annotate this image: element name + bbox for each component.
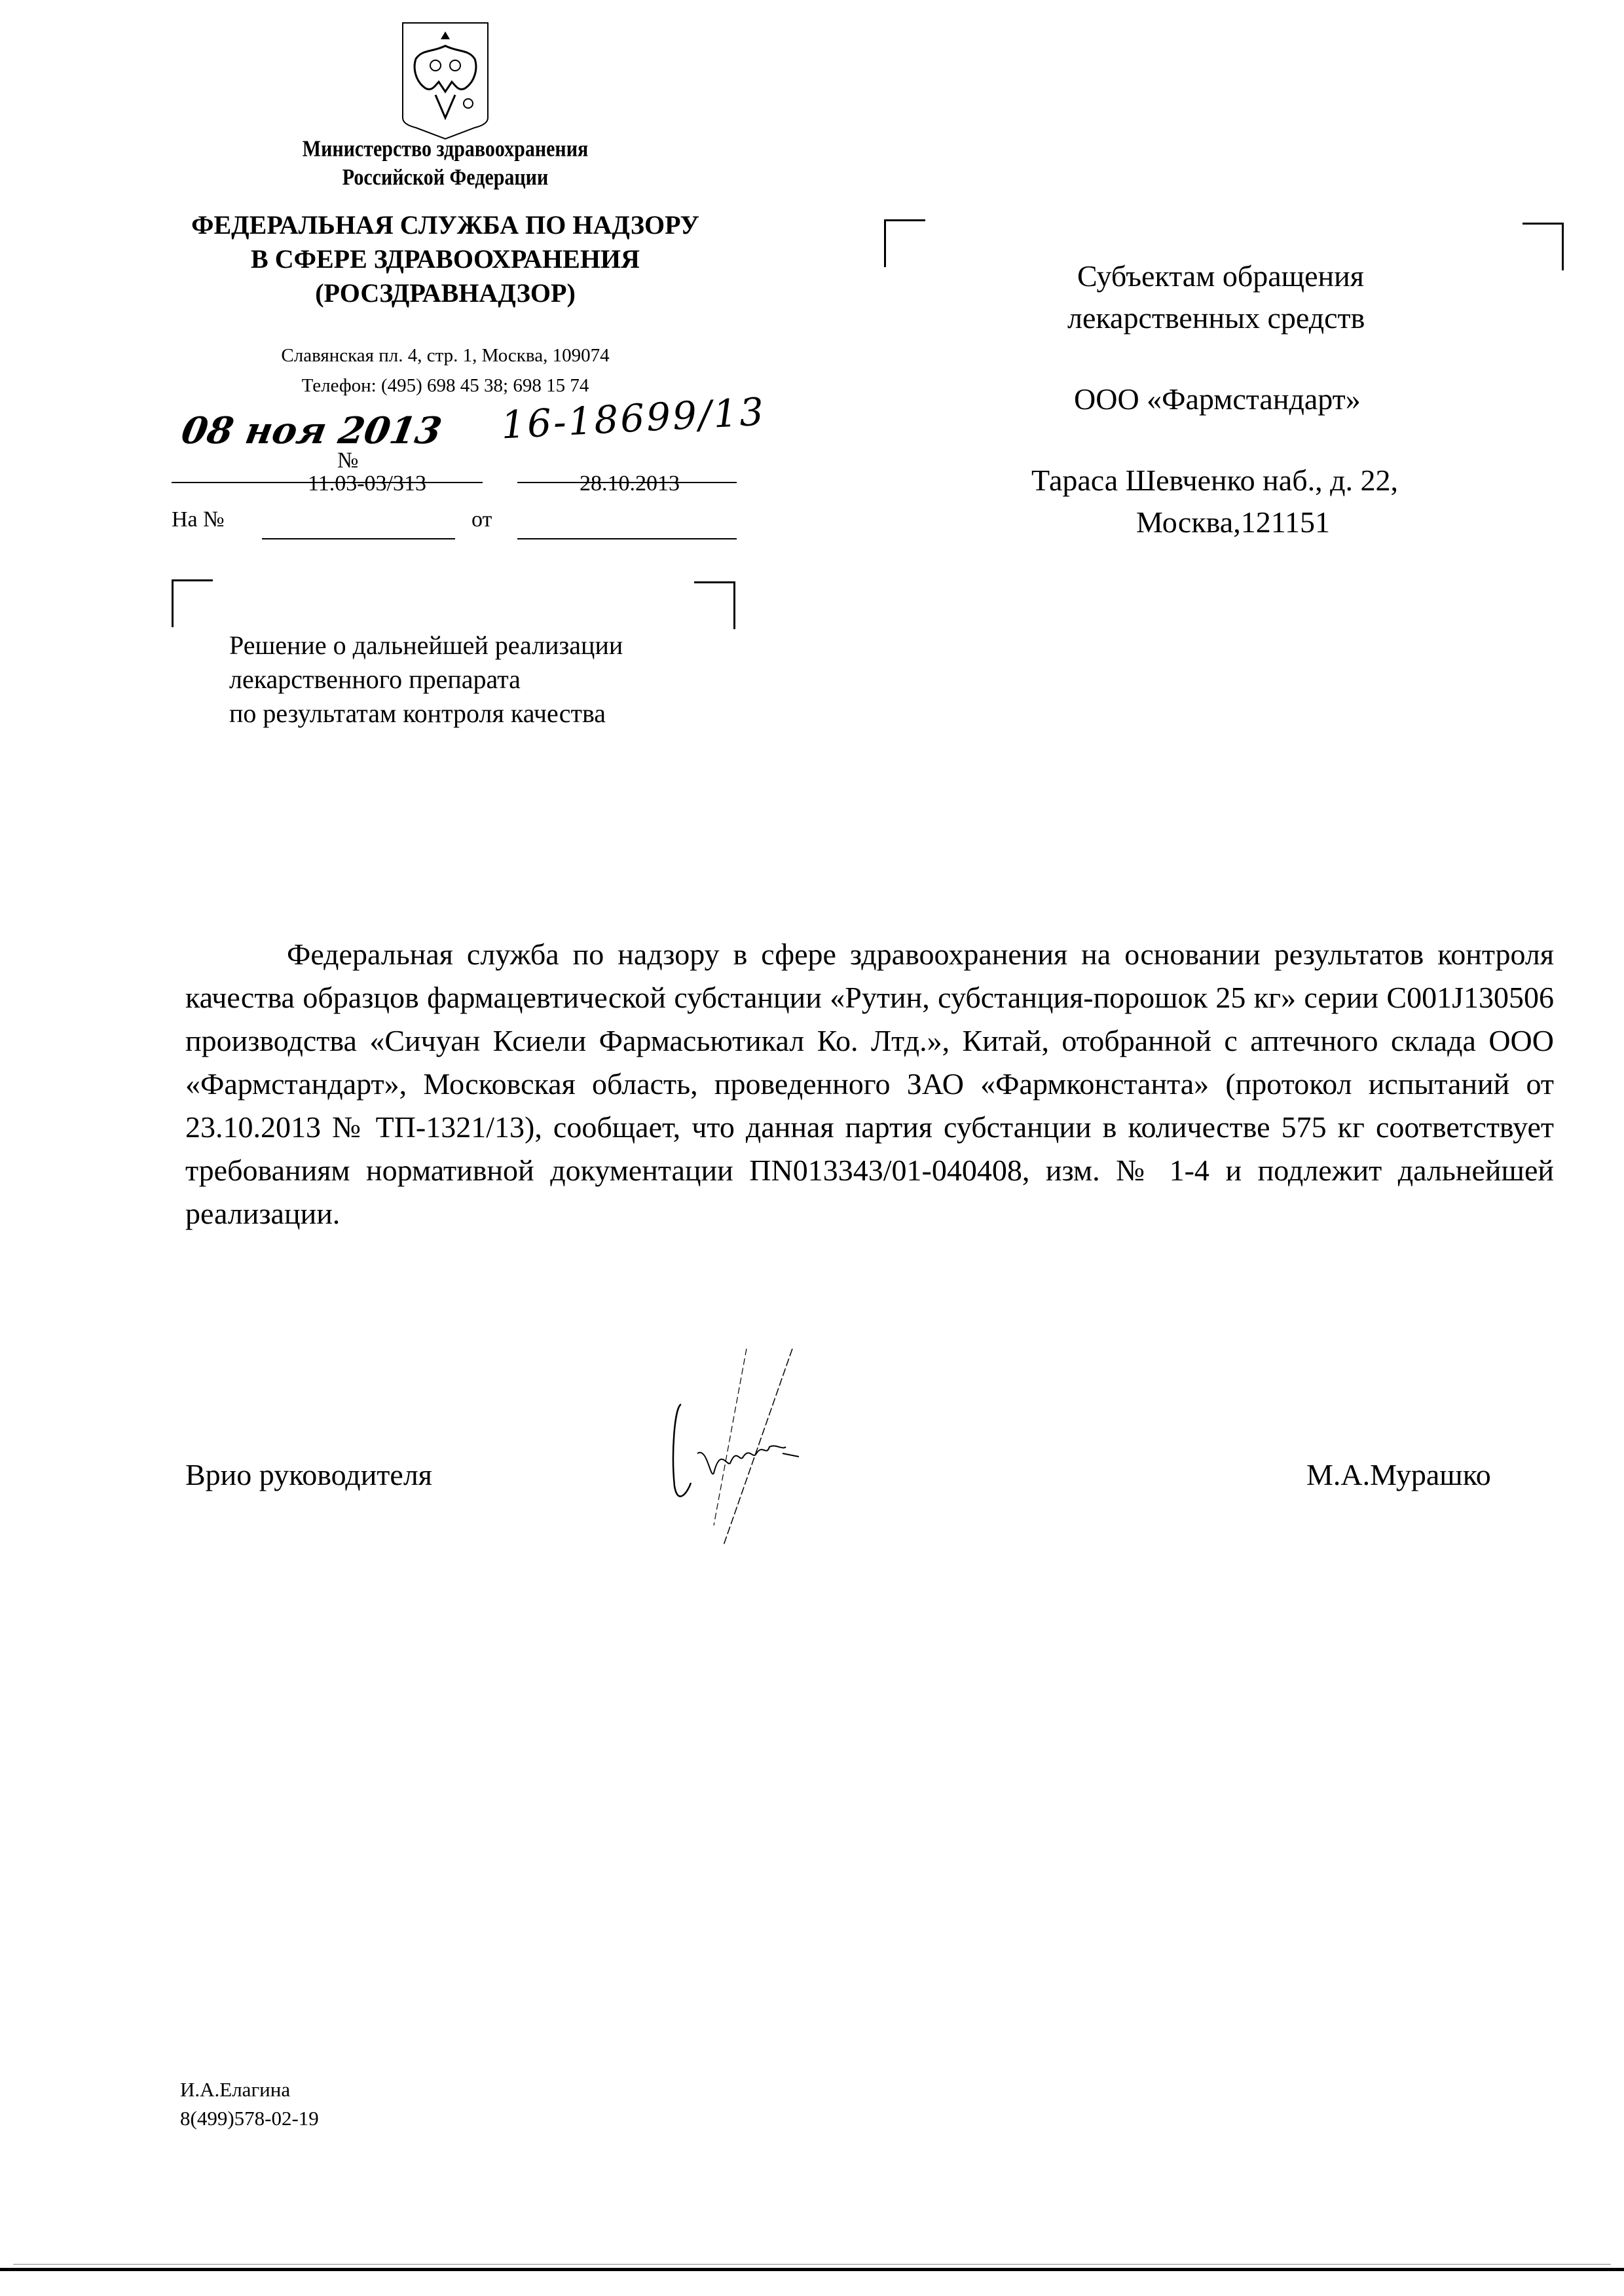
sender-address: Славянская пл. 4, стр. 1, Москва, 109074…	[177, 340, 714, 401]
recipient-line-2: лекарственных средств	[1022, 297, 1585, 339]
corner-mark	[694, 581, 735, 629]
in-reply-label: На №	[172, 507, 225, 532]
ministry-line-1: Министерство здравоохранения	[177, 135, 714, 164]
service-name: ФЕДЕРАЛЬНАЯ СЛУЖБА ПО НАДЗОРУ В СФЕРЕ ЗД…	[177, 208, 714, 310]
recipient-address-2: Москва,121151	[1022, 501, 1585, 543]
recipient-line-1: Субъектам обращения	[1022, 255, 1585, 297]
recipient-block: Субъектам обращения лекарственных средст…	[1022, 255, 1585, 543]
recipient-address-1: Тараса Шевченко наб., д. 22,	[1022, 460, 1585, 501]
number-sign: №	[337, 448, 358, 473]
ministry-name: Министерство здравоохранения Российской …	[177, 135, 714, 192]
corner-mark	[884, 219, 925, 267]
service-line-2: В СФЕРЕ ЗДРАВООХРАНЕНИЯ	[177, 242, 714, 276]
service-line-1: ФЕДЕРАЛЬНАЯ СЛУЖБА ПО НАДЗОРУ	[177, 208, 714, 242]
address-line: Славянская пл. 4, стр. 1, Москва, 109074	[177, 340, 714, 371]
signature-icon	[609, 1349, 917, 1545]
blank-field-number	[262, 538, 455, 539]
subject-line-1: Решение о дальнейшей реализации	[229, 629, 623, 663]
reference-number: 11.03-03/313	[308, 471, 426, 496]
executor-name: И.А.Елагина	[180, 2075, 319, 2104]
signatory-name: М.А.Мурашко	[1306, 1457, 1491, 1492]
reference-date: 28.10.2013	[580, 471, 680, 496]
signatory-title: Врио руководителя	[185, 1457, 432, 1492]
divider	[13, 2264, 1611, 2265]
executor-phone: 8(499)578-02-19	[180, 2104, 319, 2133]
body-paragraph: Федеральная служба по надзору в сфере зд…	[185, 933, 1554, 1235]
recipient-company: ООО «Фармстандарт»	[1022, 378, 1585, 420]
subject-line-3: по результатам контроля качества	[229, 697, 623, 731]
handwritten-date: 08 ноя 2013	[178, 409, 445, 452]
letter-body: Федеральная служба по надзору в сфере зд…	[185, 933, 1554, 1235]
footer-divider	[0, 2268, 1624, 2271]
service-line-3: (РОСЗДРАВНАДЗОР)	[177, 276, 714, 310]
ministry-line-2: Российской Федерации	[177, 164, 714, 192]
executor-block: И.А.Елагина 8(499)578-02-19	[180, 2075, 319, 2133]
corner-mark	[172, 579, 213, 627]
subject-line-2: лекарственного препарата	[229, 663, 623, 697]
from-label: от	[471, 507, 492, 532]
blank-field-date	[517, 538, 737, 539]
coat-of-arms-icon	[396, 20, 494, 141]
subject-block: Решение о дальнейшей реализации лекарств…	[229, 629, 623, 731]
